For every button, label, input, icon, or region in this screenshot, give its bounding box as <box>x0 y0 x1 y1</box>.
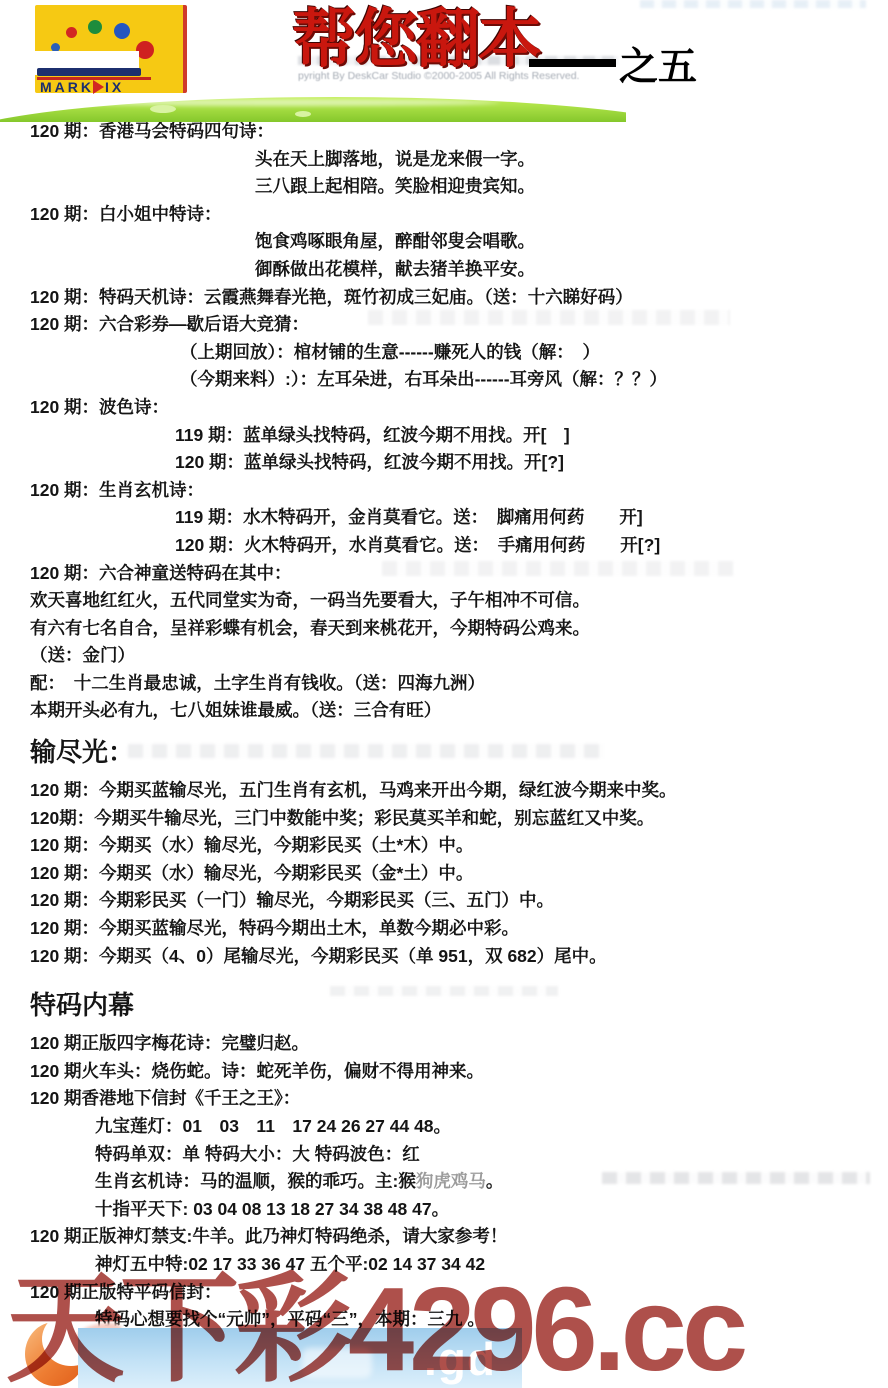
text-segment: 120 期：生肖玄机诗： <box>30 480 204 500</box>
text-segment: 输尽光： <box>30 737 134 767</box>
text-line: 本期开头必有九，七八姐妹谁最威。（送：三合有旺） <box>30 697 878 725</box>
logo-ball-red-icon <box>66 27 77 38</box>
text-segment: 120 期：今期彩民买（一门）输尽光，今期彩民买（三、五门）中。 <box>30 890 554 910</box>
text-line: 120 期：六合彩券—歇后语大竞猜： <box>30 311 878 339</box>
text-line: 欢天喜地红红火，五代同堂实为奇，一码当先要看大，子午相冲不可信。 <box>30 587 878 615</box>
page-title: 帮您翻本 <box>292 0 540 78</box>
text-line: 120 期：白小姐中特诗： <box>30 201 878 229</box>
text-segment: 120 期香港地下信封《千王之王》： <box>30 1088 300 1108</box>
text-segment: 生肖玄机诗：马的温顺，猴的乖巧。主:猴 <box>95 1171 416 1191</box>
text-segment: 特码内幕 <box>30 990 134 1020</box>
text-line: 生肖玄机诗：马的温顺，猴的乖巧。主:猴狗虎鸡马。 <box>95 1168 878 1196</box>
text-segment: 九宝莲灯：01 03 11 17 24 26 27 44 48。 <box>95 1116 451 1136</box>
text-line: （今期来料）:）：左耳朵进，右耳朵出------耳旁风（解：？？） <box>180 366 878 394</box>
mark-six-logo: MARK IX <box>35 5 187 93</box>
logo-ball-green-icon <box>88 20 102 34</box>
text-line: 120 期：今期彩民买（一门）输尽光，今期彩民买（三、五门）中。 <box>30 887 878 915</box>
text-segment: 120 期：今期买（水）输尽光，今期彩民买（土*木）中。 <box>30 835 473 855</box>
text-line: 120 期：波色诗： <box>30 394 878 422</box>
text-line: 特码单双：单 特码大小：大 特码波色：红 <box>95 1141 878 1169</box>
text-line: 120 期：香港马会特码四句诗： <box>30 118 878 146</box>
text-segment: 120 期：白小姐中特诗： <box>30 204 222 224</box>
text-segment: 十指平天下: 03 04 08 13 18 27 34 38 48 47。 <box>95 1199 449 1219</box>
logo-ball-blue2-icon <box>114 23 130 39</box>
text-line: （上期回放）：棺材铺的生意------赚死人的钱（解： ） <box>180 339 878 367</box>
logo-navy-bar <box>37 68 141 76</box>
hill-dot <box>150 105 176 113</box>
text-line: 120 期：火木特码开，水肖莫看它。送： 手痛用何药 开[?] <box>175 532 878 560</box>
text-line: 119 期：蓝单绿头找特码，红波今期不用找。开[ ] <box>175 422 878 450</box>
text-segment: （今期来料）:）：左耳朵进，右耳朵出------耳旁风（解：？？） <box>180 369 667 389</box>
text-line: 九宝莲灯：01 03 11 17 24 26 27 44 48。 <box>95 1113 878 1141</box>
text-line: 120 期正版四字梅花诗：完璧归赵。 <box>30 1030 878 1058</box>
text-line: 有六有七名自合，呈祥彩蝶有机会，春天到来桃花开，今期特码公鸡来。 <box>30 615 878 643</box>
green-hill-banner <box>0 90 626 122</box>
text-segment: 120 期：特码天机诗：云霞燕舞春光艳，斑竹初成三妃庙。（送：十六睇好码） <box>30 287 633 307</box>
text-line: 十指平天下: 03 04 08 13 18 27 34 38 48 47。 <box>95 1196 878 1224</box>
text-segment: 120 期：今期买（4、0）尾输尽光，今期彩民买（单 951，双 682）尾中。 <box>30 946 607 966</box>
lottery-tipsheet-page: MARK IX 帮您翻本 之五 pyright By DeskCar Studi… <box>0 0 888 1388</box>
text-segment: 120 期：六合神童送特码在其中： <box>30 563 292 583</box>
text-segment: 120 期：波色诗： <box>30 397 169 417</box>
text-segment: 三八跟上起相陪。笑脸相迎贵宾知。 <box>255 176 535 196</box>
text-segment: （上期回放）：棺材铺的生意------赚死人的钱（解： ） <box>180 342 600 362</box>
text-line: 头在天上脚落地，说是龙来假一字。 <box>255 146 878 174</box>
text-segment: （送：金门） <box>30 645 135 665</box>
text-segment: 120 期正版神灯禁支:牛羊。此乃神灯特码绝杀，请大家参考！ <box>30 1226 507 1246</box>
title-subtitle: 之五 <box>619 36 697 92</box>
document-body: 120 期：香港马会特码四句诗：头在天上脚落地，说是龙来假一字。三八跟上起相陪。… <box>30 118 878 1361</box>
text-line: 120 期：今期买（水）输尽光，今期彩民买（土*木）中。 <box>30 832 878 860</box>
text-segment: 头在天上脚落地，说是龙来假一字。 <box>255 149 535 169</box>
text-segment: 120 期：火木特码开，水肖莫看它。送： 手痛用何药 开[?] <box>175 535 660 555</box>
text-line: 120 期：特码天机诗：云霞燕舞春光艳，斑竹初成三妃庙。（送：十六睇好码） <box>30 284 878 312</box>
site-watermark: 天下彩4296.cc <box>6 1272 743 1388</box>
text-segment: 。 <box>486 1171 504 1191</box>
text-segment: 御酥做出花模样，献去猪羊换平安。 <box>255 259 535 279</box>
erased-text-smudge <box>640 0 866 8</box>
text-segment: 本期开头必有九，七八姐妹谁最威。（送：三合有旺） <box>30 700 441 720</box>
text-segment: 119 期：蓝单绿头找特码，红波今期不用找。开[ ] <box>175 425 570 445</box>
text-segment: 120 期：今期买蓝输尽光，特码今期出土木，单数今期必中彩。 <box>30 918 519 938</box>
text-segment: 120 期：今期买（水）输尽光，今期彩民买（金*土）中。 <box>30 863 473 883</box>
text-segment: 119 期：水木特码开，金肖莫看它。送： 脚痛用何药 开] <box>175 507 643 527</box>
title-dash <box>529 59 616 67</box>
section-heading: 输尽光： <box>30 737 878 767</box>
hill-dot <box>295 111 311 117</box>
text-line: （送：金门） <box>30 642 878 670</box>
text-line: 120 期：生肖玄机诗： <box>30 477 878 505</box>
text-segment: 120 期：蓝单绿头找特码，红波今期不用找。开[?] <box>175 452 564 472</box>
text-line: 配： 十二生肖最忠诚，土字生肖有钱收。（送：四海九洲） <box>30 670 878 698</box>
text-line: 120 期：蓝单绿头找特码，红波今期不用找。开[?] <box>175 449 878 477</box>
text-line: 120期：今期买牛输尽光，三门中数能中奖；彩民莫买羊和蛇，别忘蓝红又中奖。 <box>30 805 878 833</box>
text-segment: 120 期火车头：烧伤蛇。诗：蛇死羊伤，偏财不得用神来。 <box>30 1061 484 1081</box>
text-line: 120 期：今期买蓝输尽光，特码今期出土木，单数今期必中彩。 <box>30 915 878 943</box>
text-line: 120 期：今期买蓝输尽光，五门生肖有玄机，马鸡来开出今期，绿红波今期来中奖。 <box>30 777 878 805</box>
text-segment: 饱食鸡啄眼角屋，醉酣邻叟会唱歌。 <box>255 231 535 251</box>
text-line: 120 期：今期买（4、0）尾输尽光，今期彩民买（单 951，双 682）尾中。 <box>30 943 878 971</box>
text-line: 120 期：六合神童送特码在其中： <box>30 560 878 588</box>
text-line: 119 期：水木特码开，金肖莫看它。送： 脚痛用何药 开] <box>175 504 878 532</box>
text-line: 120 期火车头：烧伤蛇。诗：蛇死羊伤，偏财不得用神来。 <box>30 1058 878 1086</box>
text-segment: 120期：今期买牛输尽光，三门中数能中奖；彩民莫买羊和蛇，别忘蓝红又中奖。 <box>30 808 654 828</box>
text-segment: 配： 十二生肖最忠诚，土字生肖有钱收。（送：四海九洲） <box>30 673 485 693</box>
text-segment: 120 期：香港马会特码四句诗： <box>30 121 274 141</box>
text-line: 三八跟上起相陪。笑脸相迎贵宾知。 <box>255 173 878 201</box>
text-line: 饱食鸡啄眼角屋，醉酣邻叟会唱歌。 <box>255 228 878 256</box>
text-segment: 欢天喜地红红火，五代同堂实为奇，一码当先要看大，子午相冲不可信。 <box>30 590 590 610</box>
text-segment: 狗虎鸡马 <box>416 1171 486 1191</box>
text-line: 120 期香港地下信封《千王之王》： <box>30 1085 878 1113</box>
section-heading: 特码内幕 <box>30 990 878 1020</box>
text-segment: 120 期：六合彩券—歇后语大竞猜： <box>30 314 309 334</box>
text-line: 御酥做出花模样，献去猪羊换平安。 <box>255 256 878 284</box>
text-line: 120 期正版神灯禁支:牛羊。此乃神灯特码绝杀，请大家参考！ <box>30 1223 878 1251</box>
text-segment: 120 期正版四字梅花诗：完璧归赵。 <box>30 1033 309 1053</box>
text-line: 120 期：今期买（水）输尽光，今期彩民买（金*土）中。 <box>30 860 878 888</box>
text-segment: 特码单双：单 特码大小：大 特码波色：红 <box>95 1144 420 1164</box>
text-segment: 有六有七名自合，呈祥彩蝶有机会，春天到来桃花开，今期特码公鸡来。 <box>30 618 590 638</box>
text-segment: 120 期：今期买蓝输尽光，五门生肖有玄机，马鸡来开出今期，绿红波今期来中奖。 <box>30 780 677 800</box>
hill-highlight <box>70 99 500 106</box>
